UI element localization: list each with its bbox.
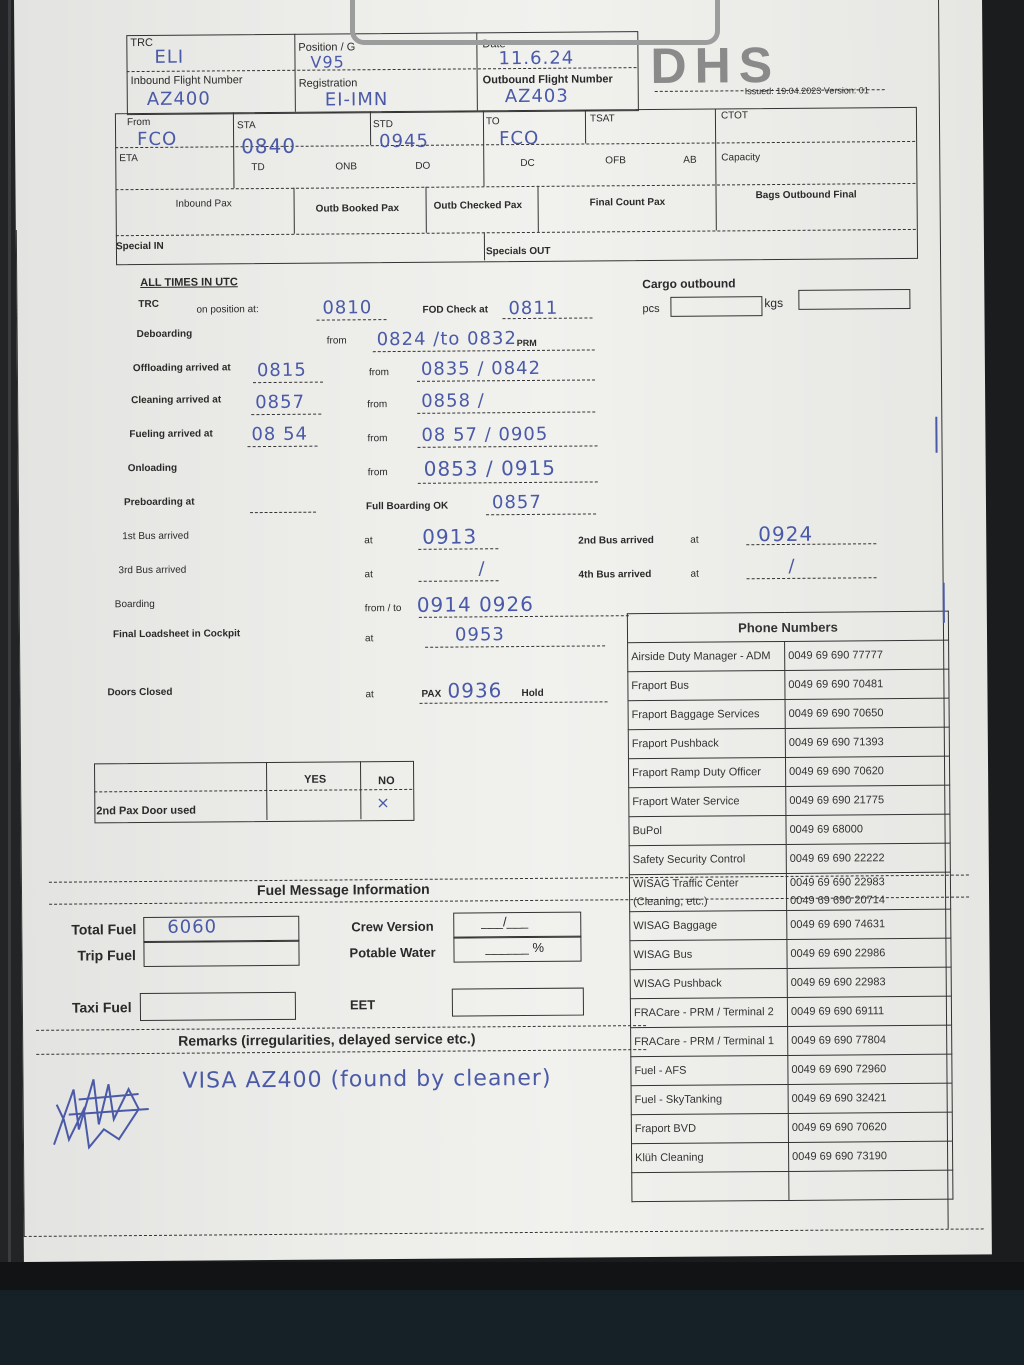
- specials-out-label: Specials OUT: [486, 246, 551, 258]
- to-value[interactable]: FCO: [499, 128, 539, 149]
- phone-number[interactable]: 0049 69 690 22983: [787, 967, 951, 997]
- fueling-label: Fueling arrived at: [129, 428, 212, 440]
- pax-door-no-label: NO: [378, 775, 395, 787]
- trc-times-label: TRC: [138, 299, 159, 310]
- fueling-from-value[interactable]: 08 57 / 0905: [421, 424, 548, 446]
- phone-number[interactable]: 0049 69 690 72960: [788, 1054, 952, 1084]
- underline: [747, 577, 877, 579]
- phone-contact-name: WISAG Bus: [630, 939, 787, 969]
- offloading-label: Offloading arrived at: [133, 362, 231, 374]
- bus4-value[interactable]: /: [788, 556, 795, 577]
- underline: [418, 445, 598, 447]
- std-value[interactable]: 0945: [379, 131, 429, 152]
- phone-contact-name: (Cleaning, etc.): [630, 892, 787, 912]
- registration-label: Registration: [299, 77, 358, 89]
- onloading-from-value[interactable]: 0853 / 0915: [424, 456, 556, 481]
- phone-number[interactable]: 0049 69 690 77804: [788, 1025, 952, 1055]
- phone-row: [632, 1170, 953, 1202]
- cargo-pcs-field[interactable]: [670, 296, 762, 317]
- phone-number[interactable]: 0049 69 690 70650: [785, 698, 949, 728]
- phone-contact-name: Fraport Bus: [628, 670, 785, 700]
- cargo-kgs-field[interactable]: [798, 289, 910, 310]
- doors-at-label: at: [365, 689, 373, 700]
- taxi-fuel-field[interactable]: [140, 992, 296, 1021]
- deboarding-value[interactable]: 0824 /to 0832: [377, 328, 517, 350]
- underline: [425, 645, 605, 647]
- phone-number[interactable]: 0049 69 690 70620: [785, 756, 949, 786]
- phone-contact-name: Fraport Baggage Services: [628, 699, 785, 729]
- underline: [419, 580, 499, 582]
- doors-pax-label: PAX: [421, 689, 441, 700]
- crew-version-label: Crew Version: [351, 919, 433, 935]
- phone-row: Fuel - SkyTanking0049 69 690 32421: [631, 1083, 952, 1115]
- boarding-label: Boarding: [115, 599, 155, 610]
- eta-label: ETA: [119, 153, 138, 164]
- to-label: TO: [486, 116, 500, 127]
- underline: [418, 481, 598, 483]
- on-position-value[interactable]: 0810: [322, 297, 372, 318]
- phone-row: (Cleaning, etc.)0049 69 690 20714: [630, 891, 951, 912]
- bags-outbound-label: Bags Outbound Final: [756, 189, 857, 201]
- fod-check-label: FOD Check at: [422, 304, 488, 316]
- cleaning-label: Cleaning arrived at: [131, 394, 221, 406]
- potable-water-value: ______ %: [485, 940, 544, 955]
- underline: [486, 513, 596, 515]
- issued-version: Issued: 19.04.2023 Version: 01: [745, 85, 869, 96]
- date-value[interactable]: 11.6.24: [498, 48, 574, 70]
- on-position-label: on position at:: [196, 304, 258, 315]
- times-heading: ALL TIMES IN UTC: [140, 276, 238, 289]
- phone-contact-name: Fuel - SkyTanking: [631, 1084, 788, 1114]
- outbound-flight-label: Outbound Flight Number: [483, 73, 613, 86]
- cargo-kgs-label: kgs: [764, 296, 783, 310]
- cleaning-value[interactable]: 0857: [255, 392, 305, 413]
- underline: [418, 548, 498, 550]
- onb-label: ONB: [335, 161, 357, 172]
- phone-contact-name: Fraport Ramp Duty Officer: [628, 757, 785, 787]
- eet-field[interactable]: [452, 988, 584, 1017]
- cleaning-from-label: from: [367, 399, 387, 410]
- fod-check-value[interactable]: 0811: [508, 298, 558, 319]
- special-in-label: Special IN: [116, 241, 164, 252]
- phone-number[interactable]: [789, 1170, 953, 1200]
- phone-row: WISAG Baggage0049 69 690 74631: [630, 909, 951, 941]
- phone-number[interactable]: 0049 69 68000: [786, 814, 950, 844]
- std-label: STD: [373, 119, 393, 130]
- margin-tick-mark: [935, 417, 937, 453]
- from-label: From: [127, 117, 150, 128]
- phone-contact-name: WISAG Pushback: [630, 968, 787, 998]
- prm-label: PRM: [517, 338, 537, 348]
- boarding-fromto-label: from / to: [365, 603, 402, 614]
- full-boarding-label: Full Boarding OK: [366, 501, 448, 513]
- phone-row: FRACare - PRM / Terminal 20049 69 690 69…: [630, 996, 951, 1028]
- dc-label: DC: [520, 158, 535, 169]
- boarding-value[interactable]: 0914 0926: [417, 592, 534, 617]
- underline: [248, 446, 318, 448]
- bus4-at-label: at: [690, 569, 698, 580]
- remarks-value[interactable]: VISA AZ400 (found by cleaner): [182, 1066, 551, 1094]
- phone-row: Fraport Water Service0049 69 690 21775: [629, 785, 950, 817]
- phone-row: WISAG Pushback0049 69 690 22983: [630, 967, 951, 999]
- final-count-label: Final Count Pax: [590, 197, 666, 209]
- phone-number[interactable]: 0049 69 690 77777: [785, 640, 949, 670]
- phone-row: WISAG Bus0049 69 690 22986: [630, 938, 951, 970]
- phone-contact-name: [632, 1171, 789, 1201]
- cleaning-from-value[interactable]: 0858 /: [421, 390, 485, 411]
- inbound-flight-value[interactable]: AZ400: [147, 88, 211, 110]
- trip-fuel-field[interactable]: [143, 940, 299, 967]
- potable-water-label: Potable Water: [349, 945, 435, 961]
- background-surface: [0, 1290, 1024, 1365]
- phone-contact-name: BuPol: [629, 815, 786, 845]
- phone-row: Airside Duty Manager - ADM0049 69 690 77…: [628, 640, 949, 672]
- offloading-from-value[interactable]: 0835 / 0842: [421, 358, 541, 380]
- phone-row: Fraport Bus0049 69 690 70481: [628, 669, 949, 701]
- phone-number[interactable]: 0049 69 690 20714: [787, 891, 951, 911]
- remarks-heading: Remarks (irregularities, delayed service…: [178, 1030, 475, 1048]
- full-boarding-value[interactable]: 0857: [492, 492, 542, 513]
- eet-label: EET: [350, 997, 375, 1012]
- phone-contact-name: Fraport Water Service: [629, 786, 786, 816]
- phone-contact-name: Airside Duty Manager - ADM: [628, 641, 785, 671]
- trc-label: TRC: [130, 37, 153, 49]
- pax-door-no-checkbox[interactable]: ×: [376, 793, 391, 812]
- signature-scribble: [48, 1069, 159, 1150]
- outbound-flight-value[interactable]: AZ403: [505, 86, 569, 108]
- bus3-label: 3rd Bus arrived: [118, 565, 186, 577]
- phone-number[interactable]: 0049 69 690 32421: [788, 1083, 952, 1113]
- outb-booked-label: Outb Booked Pax: [316, 203, 399, 215]
- pax-door-yes-checkbox[interactable]: [266, 790, 360, 819]
- td-label: TD: [251, 162, 264, 173]
- phone-row: Fraport BVD0049 69 690 70620: [631, 1112, 952, 1144]
- fueling-value[interactable]: 08 54: [251, 424, 308, 445]
- total-fuel-value: 6060: [167, 916, 217, 937]
- turnaround-form: TRC ELI Position / G V95 Date 11.6.24 In…: [14, 0, 992, 1262]
- onloading-from-label: from: [368, 467, 388, 478]
- phone-contact-name: FRACare - PRM / Terminal 1: [631, 1026, 788, 1056]
- phone-row: Fraport Ramp Duty Officer0049 69 690 706…: [628, 756, 949, 788]
- bus4-label: 4th Bus arrived: [578, 569, 651, 581]
- preboarding-label: Preboarding at: [124, 497, 195, 509]
- phone-contact-name: Fraport BVD: [631, 1113, 788, 1143]
- phone-number[interactable]: 0049 69 690 70481: [785, 669, 949, 699]
- offloading-from-label: from: [369, 367, 389, 378]
- from-value[interactable]: FCO: [137, 129, 177, 150]
- tsat-label: TSAT: [590, 113, 615, 124]
- inbound-flight-label: Inbound Flight Number: [131, 74, 243, 87]
- crew-version-value: ___/___: [481, 914, 528, 929]
- bus2-at-label: at: [690, 535, 698, 546]
- phone-number[interactable]: 0049 69 690 74631: [787, 909, 951, 939]
- underline: [420, 701, 608, 703]
- trc-value[interactable]: ELI: [154, 47, 184, 68]
- phone-number[interactable]: 0049 69 690 22986: [787, 938, 951, 968]
- ofb-label: OFB: [605, 155, 626, 166]
- phone-numbers-heading: Phone Numbers: [627, 611, 948, 643]
- bus1-label: 1st Bus arrived: [122, 531, 189, 543]
- underline: [417, 379, 595, 381]
- phone-numbers-table: Phone Numbers Airside Duty Manager - ADM…: [627, 611, 954, 1203]
- bus3-at-label: at: [364, 569, 372, 580]
- cargo-heading: Cargo outbound: [642, 276, 735, 291]
- doors-closed-label: Doors Closed: [107, 687, 172, 699]
- underline: [250, 512, 316, 514]
- cargo-pcs-label: pcs: [642, 303, 659, 315]
- doors-hold-label: Hold: [521, 688, 543, 699]
- divider: [36, 1025, 646, 1031]
- bus1-at-label: at: [364, 535, 372, 546]
- bus2-value[interactable]: 0924: [758, 522, 813, 546]
- phone-contact-name: Fraport Pushback: [628, 728, 785, 758]
- phone-number[interactable]: 0049 69 690 21775: [786, 785, 950, 815]
- total-fuel-label: Total Fuel: [71, 921, 136, 938]
- underline: [417, 411, 595, 413]
- phone-row: Fuel - AFS0049 69 690 72960: [631, 1054, 952, 1086]
- registration-value[interactable]: EI-IMN: [325, 89, 389, 110]
- outb-checked-label: Outb Checked Pax: [434, 200, 522, 212]
- phone-row: Klüh Cleaning0049 69 690 73190: [632, 1141, 953, 1173]
- sta-label: STA: [237, 120, 256, 131]
- fuel-heading: Fuel Message Information: [257, 881, 430, 898]
- deboarding-from-label: from: [327, 335, 347, 346]
- phone-row: Fraport Baggage Services0049 69 690 7065…: [628, 698, 949, 730]
- bus1-value[interactable]: 0913: [422, 524, 477, 548]
- phone-number[interactable]: 0049 69 690 22222: [786, 843, 950, 873]
- phone-number[interactable]: 0049 69 690 71393: [785, 727, 949, 757]
- phone-number[interactable]: 0049 69 690 69111: [787, 996, 951, 1026]
- fueling-from-label: from: [367, 433, 387, 444]
- divider: [484, 232, 485, 260]
- underline: [251, 414, 321, 416]
- ctot-label: CTOT: [721, 110, 748, 121]
- offloading-value[interactable]: 0815: [257, 360, 307, 381]
- clipboard-clip: [350, 0, 720, 45]
- phone-contact-name: Safety Security Control: [629, 844, 786, 874]
- underline: [317, 319, 387, 321]
- phone-number[interactable]: 0049 69 690 70620: [788, 1112, 952, 1142]
- taxi-fuel-label: Taxi Fuel: [72, 999, 132, 1015]
- phone-row: Safety Security Control0049 69 690 22222: [629, 843, 950, 875]
- deboarding-label: Deboarding: [137, 329, 193, 340]
- pax-door-yes-label: YES: [304, 774, 326, 786]
- inbound-pax-label: Inbound Pax: [176, 198, 232, 209]
- phone-row: BuPol0049 69 68000: [629, 814, 950, 846]
- loadsheet-label: Final Loadsheet in Cockpit: [113, 628, 240, 640]
- phone-row: FRACare - PRM / Terminal 10049 69 690 77…: [631, 1025, 952, 1057]
- loadsheet-value[interactable]: 0953: [455, 624, 505, 645]
- capacity-label: Capacity: [721, 152, 760, 163]
- phone-number[interactable]: 0049 69 690 73190: [788, 1141, 952, 1171]
- phone-contact-name: Klüh Cleaning: [632, 1142, 789, 1172]
- phone-contact-name: FRACare - PRM / Terminal 2: [630, 997, 787, 1027]
- phone-contact-name: Fuel - AFS: [631, 1055, 788, 1085]
- underline: [503, 317, 593, 319]
- divider: [24, 1228, 984, 1237]
- phone-row: Fraport Pushback0049 69 690 71393: [628, 727, 949, 759]
- do-label: DO: [415, 161, 430, 172]
- margin-tick-mark: [943, 583, 945, 623]
- position-value[interactable]: V95: [310, 52, 344, 71]
- pax-door-row-label: 2nd Pax Door used: [96, 805, 196, 818]
- loadsheet-at-label: at: [365, 633, 373, 644]
- onloading-label: Onloading: [128, 463, 178, 474]
- divider: [36, 1049, 646, 1055]
- bus2-label: 2nd Bus arrived: [578, 535, 654, 547]
- ab-label: AB: [683, 155, 696, 166]
- doors-pax-value[interactable]: 0936: [447, 678, 502, 702]
- bus3-value[interactable]: /: [478, 558, 485, 579]
- sta-value[interactable]: 0840: [241, 134, 296, 158]
- phone-contact-name: WISAG Baggage: [630, 910, 787, 940]
- trip-fuel-label: Trip Fuel: [77, 947, 135, 963]
- underline: [253, 382, 323, 384]
